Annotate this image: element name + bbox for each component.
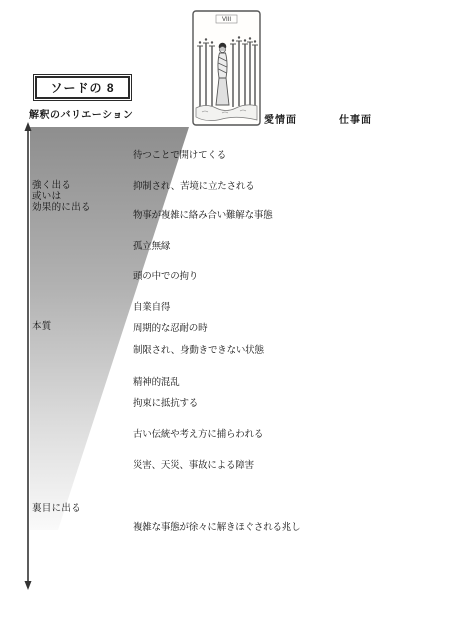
interpretation-item: 孤立無縁 [133,238,170,252]
interpretation-item: 待つことで開けてくる [133,147,226,161]
axis-label-strong: 強く出る 或いは 効果的に出る [32,180,91,213]
interpretation-item: 周期的な忍耐の時 [133,320,207,334]
card-title-box: ソードの 8 [35,76,130,99]
interpretation-item: 拘束に抵抗する [133,395,198,409]
interpretation-item: 災害、天災、事故による障害 [133,457,254,471]
interpretation-item: 精神的混乱 [133,374,180,388]
vertical-axis-arrow [25,122,32,590]
subtitle: 解釈のバリエーション [29,106,133,121]
card-title: ソードの 8 [50,79,114,96]
interpretation-item: 頭の中での拘り [133,268,198,282]
interpretation-item: 古い伝統や考え方に捕らわれる [133,426,263,440]
interpretation-item: 物事が複雑に絡み合い難解な事態 [133,207,273,221]
document-page: VIII [0,0,453,640]
interpretation-item: 抑制され、苦境に立たされる [133,178,254,192]
interpretation-item: 制限され、身動きできない状態 [133,342,264,356]
tarot-card-image: VIII [192,10,261,126]
interpretation-item: 複雑な事態が徐々に解きほぐされる兆し [133,519,300,533]
axis-label-essence: 本質 [32,321,52,332]
interpretation-item: 自業自得 [133,299,170,313]
tarot-card: VIII [192,10,261,131]
card-numeral: VIII [222,17,231,23]
column-love: 愛情面 [264,111,297,126]
axis-label-reverse: 裏目に出る [32,503,81,514]
column-work: 仕事面 [339,111,372,126]
